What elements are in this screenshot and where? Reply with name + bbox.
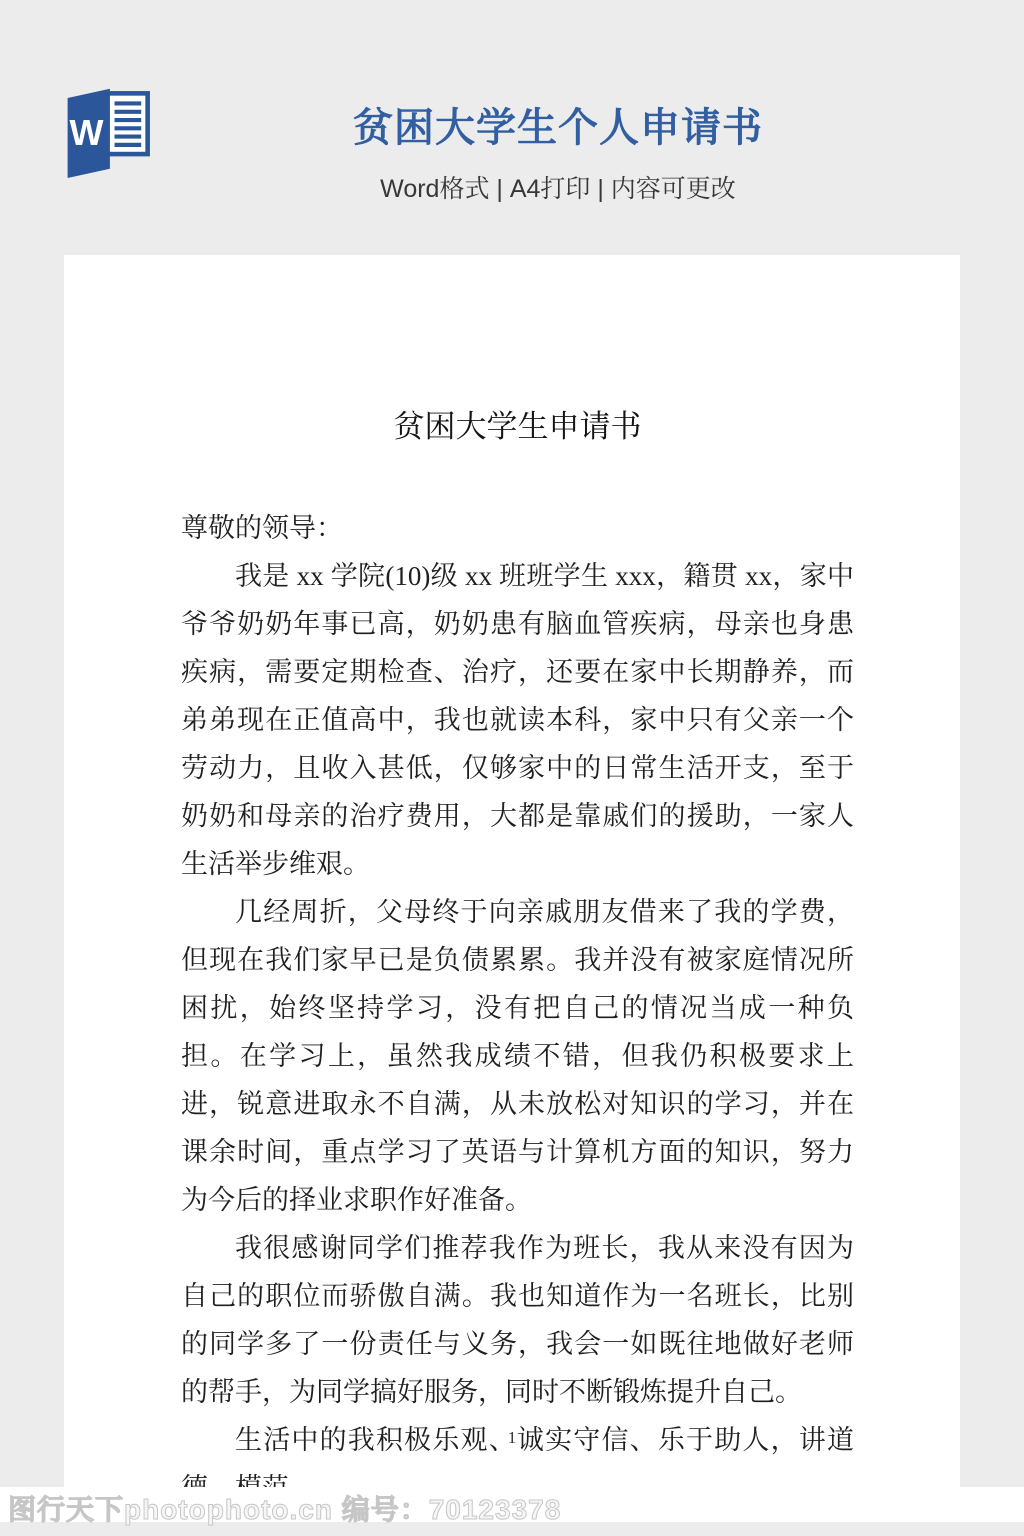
word-logo-icon: W xyxy=(63,86,155,178)
paragraph: 我很感谢同学们推荐我作为班长，我从来没有因为自己的职位而骄傲自满。我也知道作为一… xyxy=(181,1224,854,1416)
document-body: 尊敬的领导： 我是 xx 学院(10)级 xx 班班学生 xxx，籍贯 xx，家… xyxy=(181,504,854,1512)
header-text-block: 贫困大学生个人申请书 Word格式 | A4打印 | 内容可更改 xyxy=(158,96,958,205)
paragraph: 我是 xx 学院(10)级 xx 班班学生 xxx，籍贯 xx，家中爷爷奶奶年事… xyxy=(181,552,854,888)
page-number: 1 xyxy=(64,1428,960,1448)
salutation: 尊敬的领导： xyxy=(181,504,854,552)
watermark-text: 图行天下photophoto.cn 编号：70123378 xyxy=(8,1488,561,1528)
document-page: 贫困大学生申请书 尊敬的领导： 我是 xx 学院(10)级 xx 班班学生 xx… xyxy=(64,255,960,1522)
template-subtitle: Word格式 | A4打印 | 内容可更改 xyxy=(158,169,958,205)
paragraph: 几经周折，父母终于向亲戚朋友借来了我的学费，但现在我们家早已是负债累累。我并没有… xyxy=(181,888,854,1224)
word-logo-letter: W xyxy=(63,112,110,154)
document-title: 贫困大学生申请书 xyxy=(181,401,854,446)
document-content: 贫困大学生申请书 尊敬的领导： 我是 xx 学院(10)级 xx 班班学生 xx… xyxy=(64,401,960,1512)
template-title: 贫困大学生个人申请书 xyxy=(158,96,958,153)
template-header: W 贫困大学生个人申请书 Word格式 | A4打印 | 内容可更改 xyxy=(0,0,1024,255)
